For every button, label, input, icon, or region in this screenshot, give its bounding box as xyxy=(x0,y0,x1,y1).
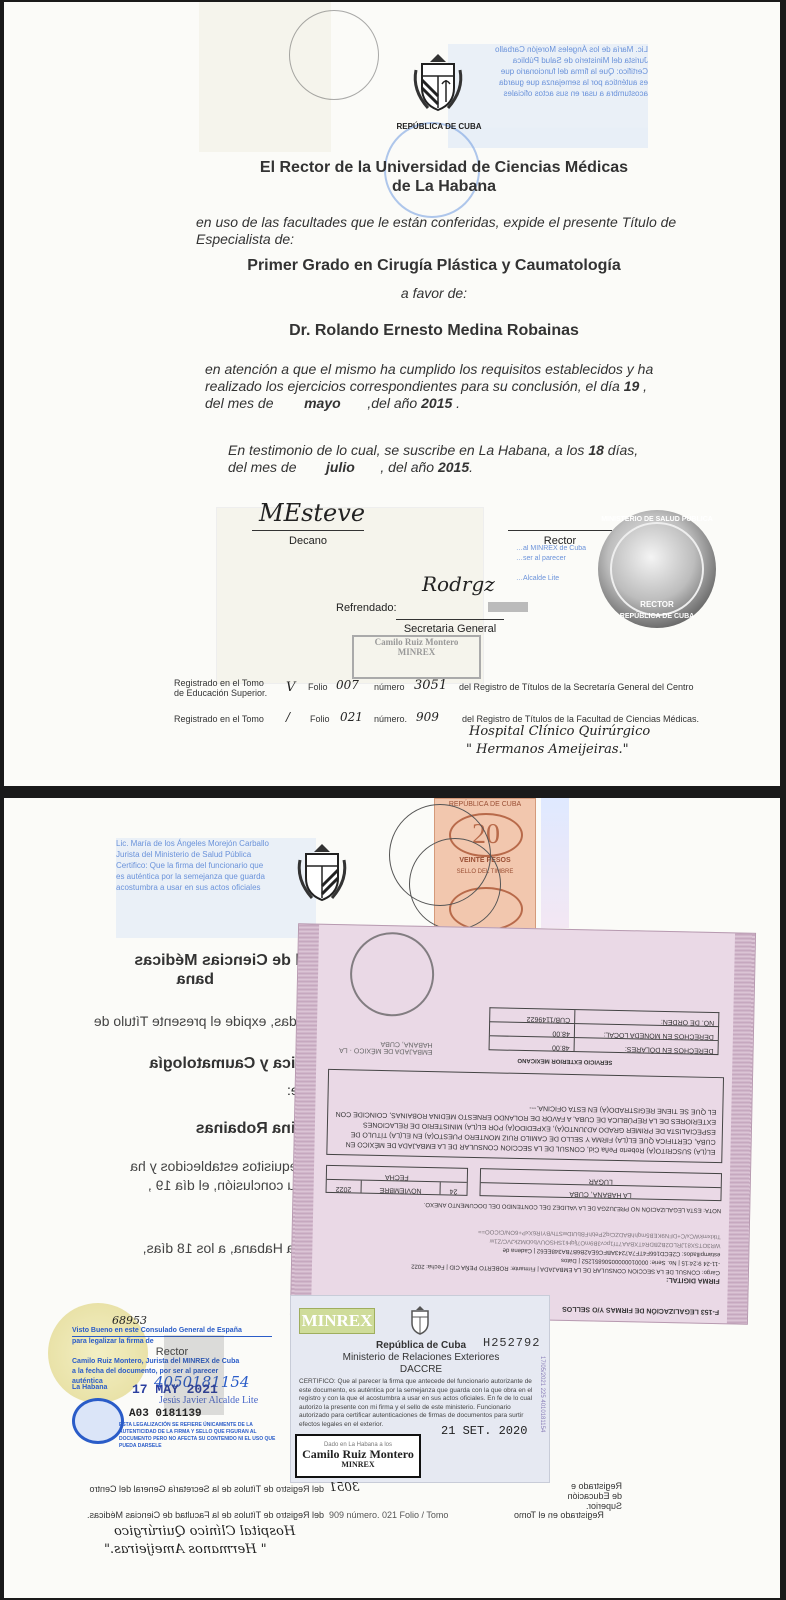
fee-label: DERECHOS EN DÓLARES: xyxy=(574,1038,718,1054)
seal-center-text: RECTOR xyxy=(598,600,716,609)
fecha-year: 2022 xyxy=(327,1180,361,1193)
certification-text: EL(LA) SUSCRITO(A) Roberto Peña Cid, CON… xyxy=(333,1098,716,1156)
issue-year: 2015 xyxy=(438,459,469,475)
completion-line2: realizado los ejercicios correspondiente… xyxy=(205,378,620,394)
testimony-year-label: , del año xyxy=(380,459,434,475)
mirrored-specialty: ística y Caumatología xyxy=(124,1055,314,1073)
form-title: F-153 LEGALIZACIÓN DE FIRMAS Y/O SELLOS xyxy=(562,1305,719,1315)
registry-row2-numero: 909 xyxy=(416,710,439,724)
mirrored-coat-of-arms-icon xyxy=(292,840,352,909)
registry-row1-label-line2: de Educación Superior. xyxy=(174,688,267,698)
cancel-round-stamp-2 xyxy=(409,838,501,930)
service-label: SERVICIO EXTERIOR MEXICANO xyxy=(517,1057,612,1065)
secretaria-label: Secretaria General xyxy=(396,623,504,635)
intro-line2: Especialista de: xyxy=(196,231,716,248)
completion-month: mayo xyxy=(277,395,367,412)
mirrored-registry1-label-line1: Registrado e xyxy=(552,1481,622,1491)
faded-round-stamp xyxy=(289,10,379,100)
spain-consulate-round-seal xyxy=(72,1398,124,1444)
minrex-side-text: 17/05/2021 225 4010181154 xyxy=(535,1356,545,1466)
testimony-month-label: del mes de xyxy=(228,459,296,475)
decano-signature-line xyxy=(252,530,364,531)
redacted-photo-area xyxy=(164,1335,224,1415)
registry-row1-folio: 007 xyxy=(336,678,359,692)
mirrored-registry1-num: 3051 xyxy=(329,1480,360,1494)
ministry-embossed-seal: MINISTERIO DE SALUD PÚBLICA RECTOR REPÚB… xyxy=(598,510,716,628)
blue-jurista-stamp: Lic. María de los Ángeles Morejón Carbal… xyxy=(116,838,316,938)
minrex-certification: MINREX República de Cuba H252792 Ministe… xyxy=(290,1295,550,1483)
fecha-box: 24 NOVIEMBRE 2022 FECHA xyxy=(326,1165,469,1196)
mirrored-registry1: del Registro de Títulos de la Secretaría… xyxy=(64,1484,324,1494)
registry-row2-label: Registrado en el Tomo xyxy=(174,714,264,724)
registry-row1-numero: 3051 xyxy=(414,678,447,693)
registry-row2-folio-label: Folio xyxy=(310,714,330,724)
bleedthrough-stamp-name: Camilo Ruiz Montero xyxy=(354,637,479,647)
mexico-embassy-seal xyxy=(349,931,435,1017)
issue-day: 18 xyxy=(588,442,604,458)
minrex-ministry: Ministerio de Relaciones Exteriores xyxy=(321,1352,521,1363)
mirrored-title-line2: bana xyxy=(134,970,314,989)
security-strip xyxy=(541,798,569,928)
completion-month-label: del mes de xyxy=(205,395,273,411)
camilo-ruiz-montero-stamp: Dado en La Habana a los Camilo Ruiz Mont… xyxy=(295,1434,421,1478)
fee-value: 48.00 xyxy=(490,1036,574,1051)
minrex-coat-of-arms-icon xyxy=(405,1304,435,1341)
hospital-line1: Hospital Clínico Quirúrgico xyxy=(469,724,650,739)
registry-row2-numero-label: número. xyxy=(374,714,407,724)
registry-row2-tomo: / xyxy=(286,710,290,724)
minrex-dept: DACCRE xyxy=(321,1364,521,1375)
issuer-title: El Rector de la Universidad de Ciencias … xyxy=(204,158,684,196)
completion-day: 19 xyxy=(624,378,640,394)
mirrored-body1: los requisitos establecidos y ha xyxy=(94,1158,324,1174)
mirrored-registry1-label-line2: de Educación Superior. xyxy=(552,1491,622,1511)
stamp-name: Camilo Ruiz Montero xyxy=(297,1448,419,1460)
decano-signature: MEsteve xyxy=(259,499,365,527)
testimony-line1: En testimonio de lo cual, se suscribe en… xyxy=(228,442,584,458)
spain-place: La Habana xyxy=(72,1384,107,1391)
mirrored-registry2-nums: 909 número. 021 Folio / Tomo xyxy=(329,1510,448,1520)
sre-legalization-certificate: F-153 LEGALIZACIÓN DE FIRMAS Y/O SELLOS … xyxy=(290,923,756,1325)
hospital-line2: " Hermanos Ameijeiras." xyxy=(466,742,629,757)
blue-bleedthrough-stamp: Lic. María de los Ángeles Morejón Carbal… xyxy=(448,44,648,148)
minrex-certifico-text: CERTIFICO: Que al parecer la firma que a… xyxy=(299,1378,535,1429)
completion-year: 2015 xyxy=(421,395,452,411)
testimony-days: días, xyxy=(608,442,638,458)
secretaria-signature: Rodrgz xyxy=(422,572,495,596)
mirrored-registry2: del Registro de Títulos de la Facultad d… xyxy=(64,1510,324,1520)
stamp-org: MINREX xyxy=(297,1460,419,1469)
coat-caption: REPÚBLICA DE CUBA xyxy=(384,122,494,131)
registry-row1-folio-label: Folio xyxy=(308,682,328,692)
testimony-paragraph: En testimonio de lo cual, se suscribe en… xyxy=(228,442,708,476)
fecha-month: NOVIEMBRE xyxy=(361,1181,440,1195)
fee-value: CUB/1149622 xyxy=(490,1008,574,1023)
certificate-content: F-153 LEGALIZACIÓN DE FIRMAS Y/O SELLOS … xyxy=(311,925,735,1324)
certification-text-box: EL(LA) SUSCRITO(A) Roberto Peña Cid, CON… xyxy=(326,1069,724,1163)
mirrored-registry2-label: Registrado en el Tomo xyxy=(514,1510,604,1520)
spain-handwritten-number: 68953 xyxy=(72,1316,272,1326)
completion-line1: en atención a que el mismo ha cumplido l… xyxy=(205,361,705,378)
mirrored-registry1-label: Registrado e de Educación Superior. xyxy=(552,1481,622,1511)
registry-row1-desc: del Registro de Títulos de la Secretaría… xyxy=(459,682,693,692)
issue-month: julio xyxy=(300,459,380,476)
registry-row1-numero-label: número xyxy=(374,682,405,692)
legalization-note: NOTA: ESTA LEGALIZACIÓN NO PREJUZGA DE L… xyxy=(424,1201,722,1213)
completion-paragraph: en atención a que el mismo ha cumplido l… xyxy=(205,361,705,412)
bleedthrough-stamp-box: Camilo Ruiz Montero MINREX xyxy=(352,635,481,679)
lugar-box: LA HABANA, CUBA LUGAR xyxy=(479,1168,722,1201)
minrex-date: 21 SET. 2020 xyxy=(441,1424,527,1438)
minrex-country: República de Cuba xyxy=(361,1340,481,1351)
redacted-mark xyxy=(488,602,528,612)
in-favor-label: a favor de: xyxy=(334,285,534,302)
decano-label: Decano xyxy=(252,535,364,547)
registry-row2-desc: del Registro de Títulos de la Facultad d… xyxy=(462,714,699,724)
issuer-title-line2: de La Habana xyxy=(204,177,684,196)
seal-text-top: MINISTERIO DE SALUD PÚBLICA xyxy=(598,516,716,523)
mirrored-title: ad de Ciencias Médicas bana xyxy=(134,951,314,989)
registry-row2-folio: 021 xyxy=(340,710,363,724)
mirrored-intro: nferidas, expide el presente Título de xyxy=(69,1013,324,1029)
refrendado-label: Refrendado: xyxy=(336,602,397,614)
completion-year-label: ,del año xyxy=(367,395,417,411)
minrex-logo: MINREX xyxy=(299,1308,375,1334)
fee-value: 48.00 xyxy=(490,1022,574,1037)
mirrored-hospital2: " Hermanos Ameijeiras." xyxy=(104,1542,267,1557)
seal-text-bottom: REPÚBLICA DE CUBA xyxy=(598,613,716,620)
bleedthrough-stamp-org: MINREX xyxy=(354,647,479,657)
mirrored-hospital1: Hospital Clínico Quirúrgico xyxy=(114,1524,295,1539)
rector-signature-line xyxy=(508,530,612,531)
mirrored-title-line1: ad de Ciencias Médicas xyxy=(134,951,314,970)
fecha-day: 24 xyxy=(440,1182,467,1195)
spain-disclaimer: ESTA LEGALIZACIÓN SE REFIERE ÚNICAMENTE … xyxy=(119,1422,279,1450)
secretaria-signature-line xyxy=(396,619,504,620)
diploma-back-page: REPÚBLICA DE CUBA 20 VEINTE PESOS SELLO … xyxy=(4,798,780,1598)
diploma-front-page: Lic. María de los Ángeles Morejón Carbal… xyxy=(4,2,780,786)
minrex-serial: H252792 xyxy=(483,1336,540,1350)
digital-signature-block: FIRMA DIGITAL: Cargo: CONSUL DE LA SECCI… xyxy=(320,1223,721,1285)
issuer-title-line1: El Rector de la Universidad de Ciencias … xyxy=(204,158,684,177)
registry-row1-label-line1: Registrado en el Tomo xyxy=(174,678,267,688)
registry-row1-label: Registrado en el Tomo de Educación Super… xyxy=(174,678,267,698)
mirrored-testimony: n La Habana, a los 18 días, xyxy=(104,1240,314,1256)
fees-table: DERECHOS EN DÓLARES: 48.00 DERECHOS EN M… xyxy=(489,1007,720,1055)
registry-row1-tomo: V xyxy=(286,680,295,695)
specialty-title: Primer Grado en Cirugía Plástica y Cauma… xyxy=(184,257,684,275)
embassy-stamp-text: EMBAJADA DE MÉXICO · LA HABANA, CUBA xyxy=(316,1039,432,1055)
coat-of-arms-icon xyxy=(408,50,468,119)
intro-paragraph: en uso de las facultades que le están co… xyxy=(196,214,716,248)
intro-line1: en uso de las facultades que le están co… xyxy=(196,214,716,231)
recipient-name: Dr. Rolando Ernesto Medina Robainas xyxy=(234,322,634,340)
